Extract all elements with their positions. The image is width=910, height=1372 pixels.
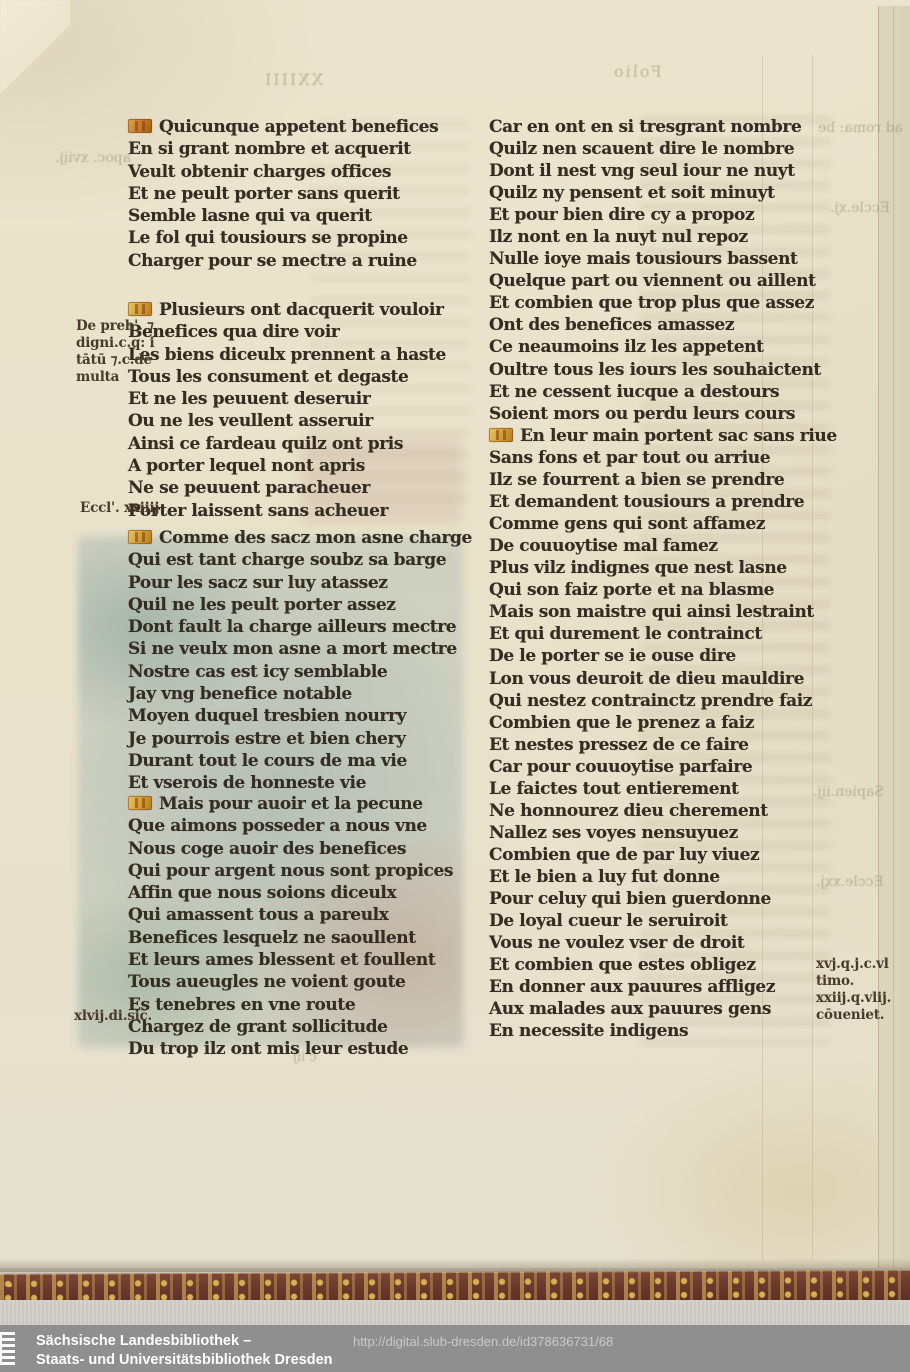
verse-line: Combien que de par luy viuez	[489, 844, 837, 866]
verse-line: Quilz nen scauent dire le nombre	[489, 138, 821, 160]
verse-line: Ne honnourez dieu cherement	[489, 800, 837, 822]
verse-line: Oultre tous les iours les souhaictent	[489, 359, 821, 381]
verse-line: En necessite indigens	[489, 1020, 837, 1042]
verse-line: Comme des sacz mon asne charge	[128, 527, 472, 549]
verse-line: Durant tout le cours de ma vie	[128, 750, 472, 772]
verse-line: Soient mors ou perdu leurs cours	[489, 403, 821, 425]
slub-logo-icon	[0, 1332, 15, 1365]
digitized-manuscript-viewer: { "page": { "header_show_through": { "le…	[0, 0, 910, 1372]
show-through-text: Eccle.xj.	[830, 200, 890, 216]
verse-line: En si grant nombre et acquerit	[128, 138, 438, 160]
verse-line: Ilz nont en la nuyt nul repoz	[489, 226, 821, 248]
verse-stanza: Plusieurs ont dacquerit vouloirBenefices…	[128, 299, 446, 522]
margin-note-line: xlvij.di.sic̄.	[74, 1008, 152, 1025]
verse-line: Sans fons et par tout ou arriue	[489, 447, 837, 469]
verse-line: Le fol qui tousiours se propine	[128, 227, 438, 249]
verse-line: Car en ont en si tresgrant nombre	[489, 116, 821, 138]
verse-line: En leur main portent sac sans riue	[489, 425, 837, 447]
verse-line: Aux malades aux pauures gens	[489, 998, 837, 1020]
pilcrow-mark	[489, 428, 513, 442]
pilcrow-mark	[128, 302, 152, 316]
verse-line: Je pourrois estre et bien chery	[128, 728, 472, 750]
verse-line: Ainsi ce fardeau quilz ont pris	[128, 433, 446, 455]
verse-line: Jay vng benefice notable	[128, 683, 472, 705]
verse-line: Que aimons posseder a nous vne	[128, 815, 453, 837]
verse-line: Si ne veulx mon asne a mort mectre	[128, 638, 472, 660]
verse-line: Vous ne voulez vser de droit	[489, 932, 837, 954]
verse-line: Qui nestez contrainctz prendre faiz	[489, 690, 837, 712]
verse-line: Quicunque appetent benefices	[128, 116, 438, 138]
verse-line: Chargez de grant sollicitude	[128, 1016, 453, 1038]
verse-line: Et demandent tousiours a prendre	[489, 491, 837, 513]
verse-line: Le faictes tout entierement	[489, 778, 837, 800]
show-through-text-mirrored: Eccle.xxj.	[816, 874, 884, 890]
verse-line: Nous coge auoir des benefices	[128, 838, 453, 860]
verse-line: A porter lequel nont apris	[128, 455, 446, 477]
show-through-text-mirrored: ad roma: be	[818, 120, 903, 136]
verse-line: Et nestes pressez de ce faire	[489, 734, 837, 756]
margin-note-line: De preb'. ⁊	[76, 318, 154, 335]
margin-note: xlvij.di.sic̄.	[74, 1008, 152, 1025]
verse-line: Et leurs ames blessent et foullent	[128, 949, 453, 971]
verse-stanza: En leur main portent sac sans riueSans f…	[489, 425, 837, 1042]
verse-line: Charger pour se mectre a ruine	[128, 250, 438, 272]
verse-line: Benefices qua dire voir	[128, 321, 446, 343]
margin-note-line: Eccl'. xxiiij	[80, 500, 159, 517]
pilcrow-mark	[128, 796, 152, 810]
margin-note-line: timo.	[816, 973, 891, 990]
verse-line: Pour celuy qui bien guerdonne	[489, 888, 837, 910]
verse-line: Comme gens qui sont affamez	[489, 513, 837, 535]
show-through-text-mirrored: Sapien.iij.	[813, 784, 884, 800]
verse-line: Et vserois de honneste vie	[128, 772, 472, 794]
verse-line: Et ne les peuuent deseruir	[128, 388, 446, 410]
margin-note-line: tātū ⁊.c.de	[76, 352, 154, 369]
margin-note: De preb'. ⁊digni.c.q: itātū ⁊.c.demulta	[76, 318, 154, 386]
verse-line: De couuoytise mal famez	[489, 535, 837, 557]
running-head-show-through-right: Folio	[612, 62, 662, 81]
margin-note: xvj.q.j.c.vltimo.xxiij.q.vlij.cōueniet.	[816, 956, 891, 1024]
verse-line: Qui est tant charge soubz sa barge	[128, 549, 472, 571]
verse-line: Ont des benefices amassez	[489, 314, 821, 336]
pilcrow-mark	[128, 530, 152, 544]
verse-line: Et le bien a luy fut donne	[489, 866, 837, 888]
verse-line: Qui pour argent nous sont propices	[128, 860, 453, 882]
verse-line: Qui son faiz porte et na blasme	[489, 579, 837, 601]
verse-line: Du trop ilz ont mis leur estude	[128, 1038, 453, 1060]
verse-line: Combien que le prenez a faiz	[489, 712, 837, 734]
margin-note-line: digni.c.q: i	[76, 335, 154, 352]
verse-line: Affin que nous soions diceulx	[128, 882, 453, 904]
verse-line: Quil ne les peult porter assez	[128, 594, 472, 616]
verse-line: Et ne peult porter sans querit	[128, 183, 438, 205]
verse-line: Ou ne les veullent asseruir	[128, 410, 446, 432]
verse-line: Et combien que estes obligez	[489, 954, 837, 976]
manuscript-page: XXIIII Folio c iij Quicunque appetent be…	[0, 0, 910, 1268]
show-through-text: Sapien.iij.	[813, 784, 884, 800]
library-name-line1: Sächsische Landesbibliothek –	[36, 1332, 333, 1351]
verse-line: Mais pour auoir et la pecune	[128, 793, 453, 815]
verse-line: Dont il nest vng seul iour ne nuyt	[489, 160, 821, 182]
page-corner-fold	[0, 0, 70, 100]
verse-line: Lon vous deuroit de dieu mauldire	[489, 668, 837, 690]
footer-bar: Sächsische Landesbibliothek – Staats- un…	[0, 1325, 910, 1372]
running-head-show-through-left: XXIIII	[263, 70, 323, 89]
verse-line: De le porter se ie ouse dire	[489, 645, 837, 667]
verse-stanza: Mais pour auoir et la pecuneQue aimons p…	[128, 793, 453, 1061]
verse-line: Plus vilz indignes que nest lasne	[489, 557, 837, 579]
verse-line: Nulle ioye mais tousiours bassent	[489, 248, 821, 270]
verse-line: Quelque part ou viennent ou aillent	[489, 270, 821, 292]
margin-note: Eccl'. xxiiij	[80, 500, 159, 517]
gilt-leather-book-edge	[0, 1270, 910, 1304]
verse-stanza: Quicunque appetent beneficesEn si grant …	[128, 116, 438, 272]
show-through-text: ad roma: be	[818, 120, 903, 136]
document-url: http://digital.slub-dresden.de/id3786367…	[353, 1334, 613, 1349]
verse-line: Et qui durement le contrainct	[489, 623, 837, 645]
verse-line: Nallez ses voyes nensuyuez	[489, 822, 837, 844]
show-through-text-mirrored: Eccle.xj.	[830, 200, 890, 216]
verse-line: Ilz se fourrent a bien se prendre	[489, 469, 837, 491]
verse-line: Plusieurs ont dacquerit vouloir	[128, 299, 446, 321]
verse-line: Nostre cas est icy semblable	[128, 661, 472, 683]
verse-line: Car pour couuoytise parfaire	[489, 756, 837, 778]
verse-line: Ce neaumoins ilz les appetent	[489, 336, 821, 358]
verse-line: Es tenebres en vne route	[128, 994, 453, 1016]
margin-note-line: xxiij.q.vlij.	[816, 990, 891, 1007]
verse-line: Qui amassent tous a pareulx	[128, 904, 453, 926]
verse-line: Et ne cessent iucque a destours	[489, 381, 821, 403]
verse-line: Ne se peuuent paracheuer	[128, 477, 446, 499]
pilcrow-mark	[128, 119, 152, 133]
library-name: Sächsische Landesbibliothek – Staats- un…	[36, 1332, 333, 1370]
show-through-text: Eccle.xxj.	[816, 874, 884, 890]
show-through-text-mirrored: apoc. xviij.	[55, 150, 131, 166]
verse-line: Tous aueugles ne voient goute	[128, 971, 453, 993]
show-through-text: apoc. xviij.	[55, 150, 131, 166]
verse-line: Moyen duquel tresbien nourry	[128, 705, 472, 727]
verse-line: Benefices lesquelz ne saoullent	[128, 927, 453, 949]
verse-line: Pour les sacz sur luy atassez	[128, 572, 472, 594]
verse-line: Mais son maistre qui ainsi lestraint	[489, 601, 837, 623]
verse-line: Et combien que trop plus que assez	[489, 292, 821, 314]
verse-stanza: Comme des sacz mon asne chargeQui est ta…	[128, 527, 472, 795]
margin-note-line: cōueniet.	[816, 1007, 891, 1024]
verse-line: Veult obtenir charges offices	[128, 161, 438, 183]
verse-line: Et pour bien dire cy a propoz	[489, 204, 821, 226]
verse-line: Tous les consument et degaste	[128, 366, 446, 388]
verse-line: Quilz ny pensent et soit minuyt	[489, 182, 821, 204]
verse-line: Les biens diceulx prennent a haste	[128, 344, 446, 366]
verse-line: Semble lasne qui va querit	[128, 205, 438, 227]
margin-note-line: multa	[76, 369, 154, 386]
verse-line: Porter laissent sans acheuer	[128, 500, 446, 522]
verse-stanza: Car en ont en si tresgrant nombreQuilz n…	[489, 116, 821, 425]
library-name-line2: Staats- und Universitätsbibliothek Dresd…	[36, 1351, 333, 1370]
verse-line: En donner aux pauures affligez	[489, 976, 837, 998]
margin-note-line: xvj.q.j.c.vl	[816, 956, 891, 973]
verse-line: Dont fault la charge ailleurs mectre	[128, 616, 472, 638]
verse-line: De loyal cueur le seruiroit	[489, 910, 837, 932]
page-edge-stack	[878, 6, 910, 1268]
